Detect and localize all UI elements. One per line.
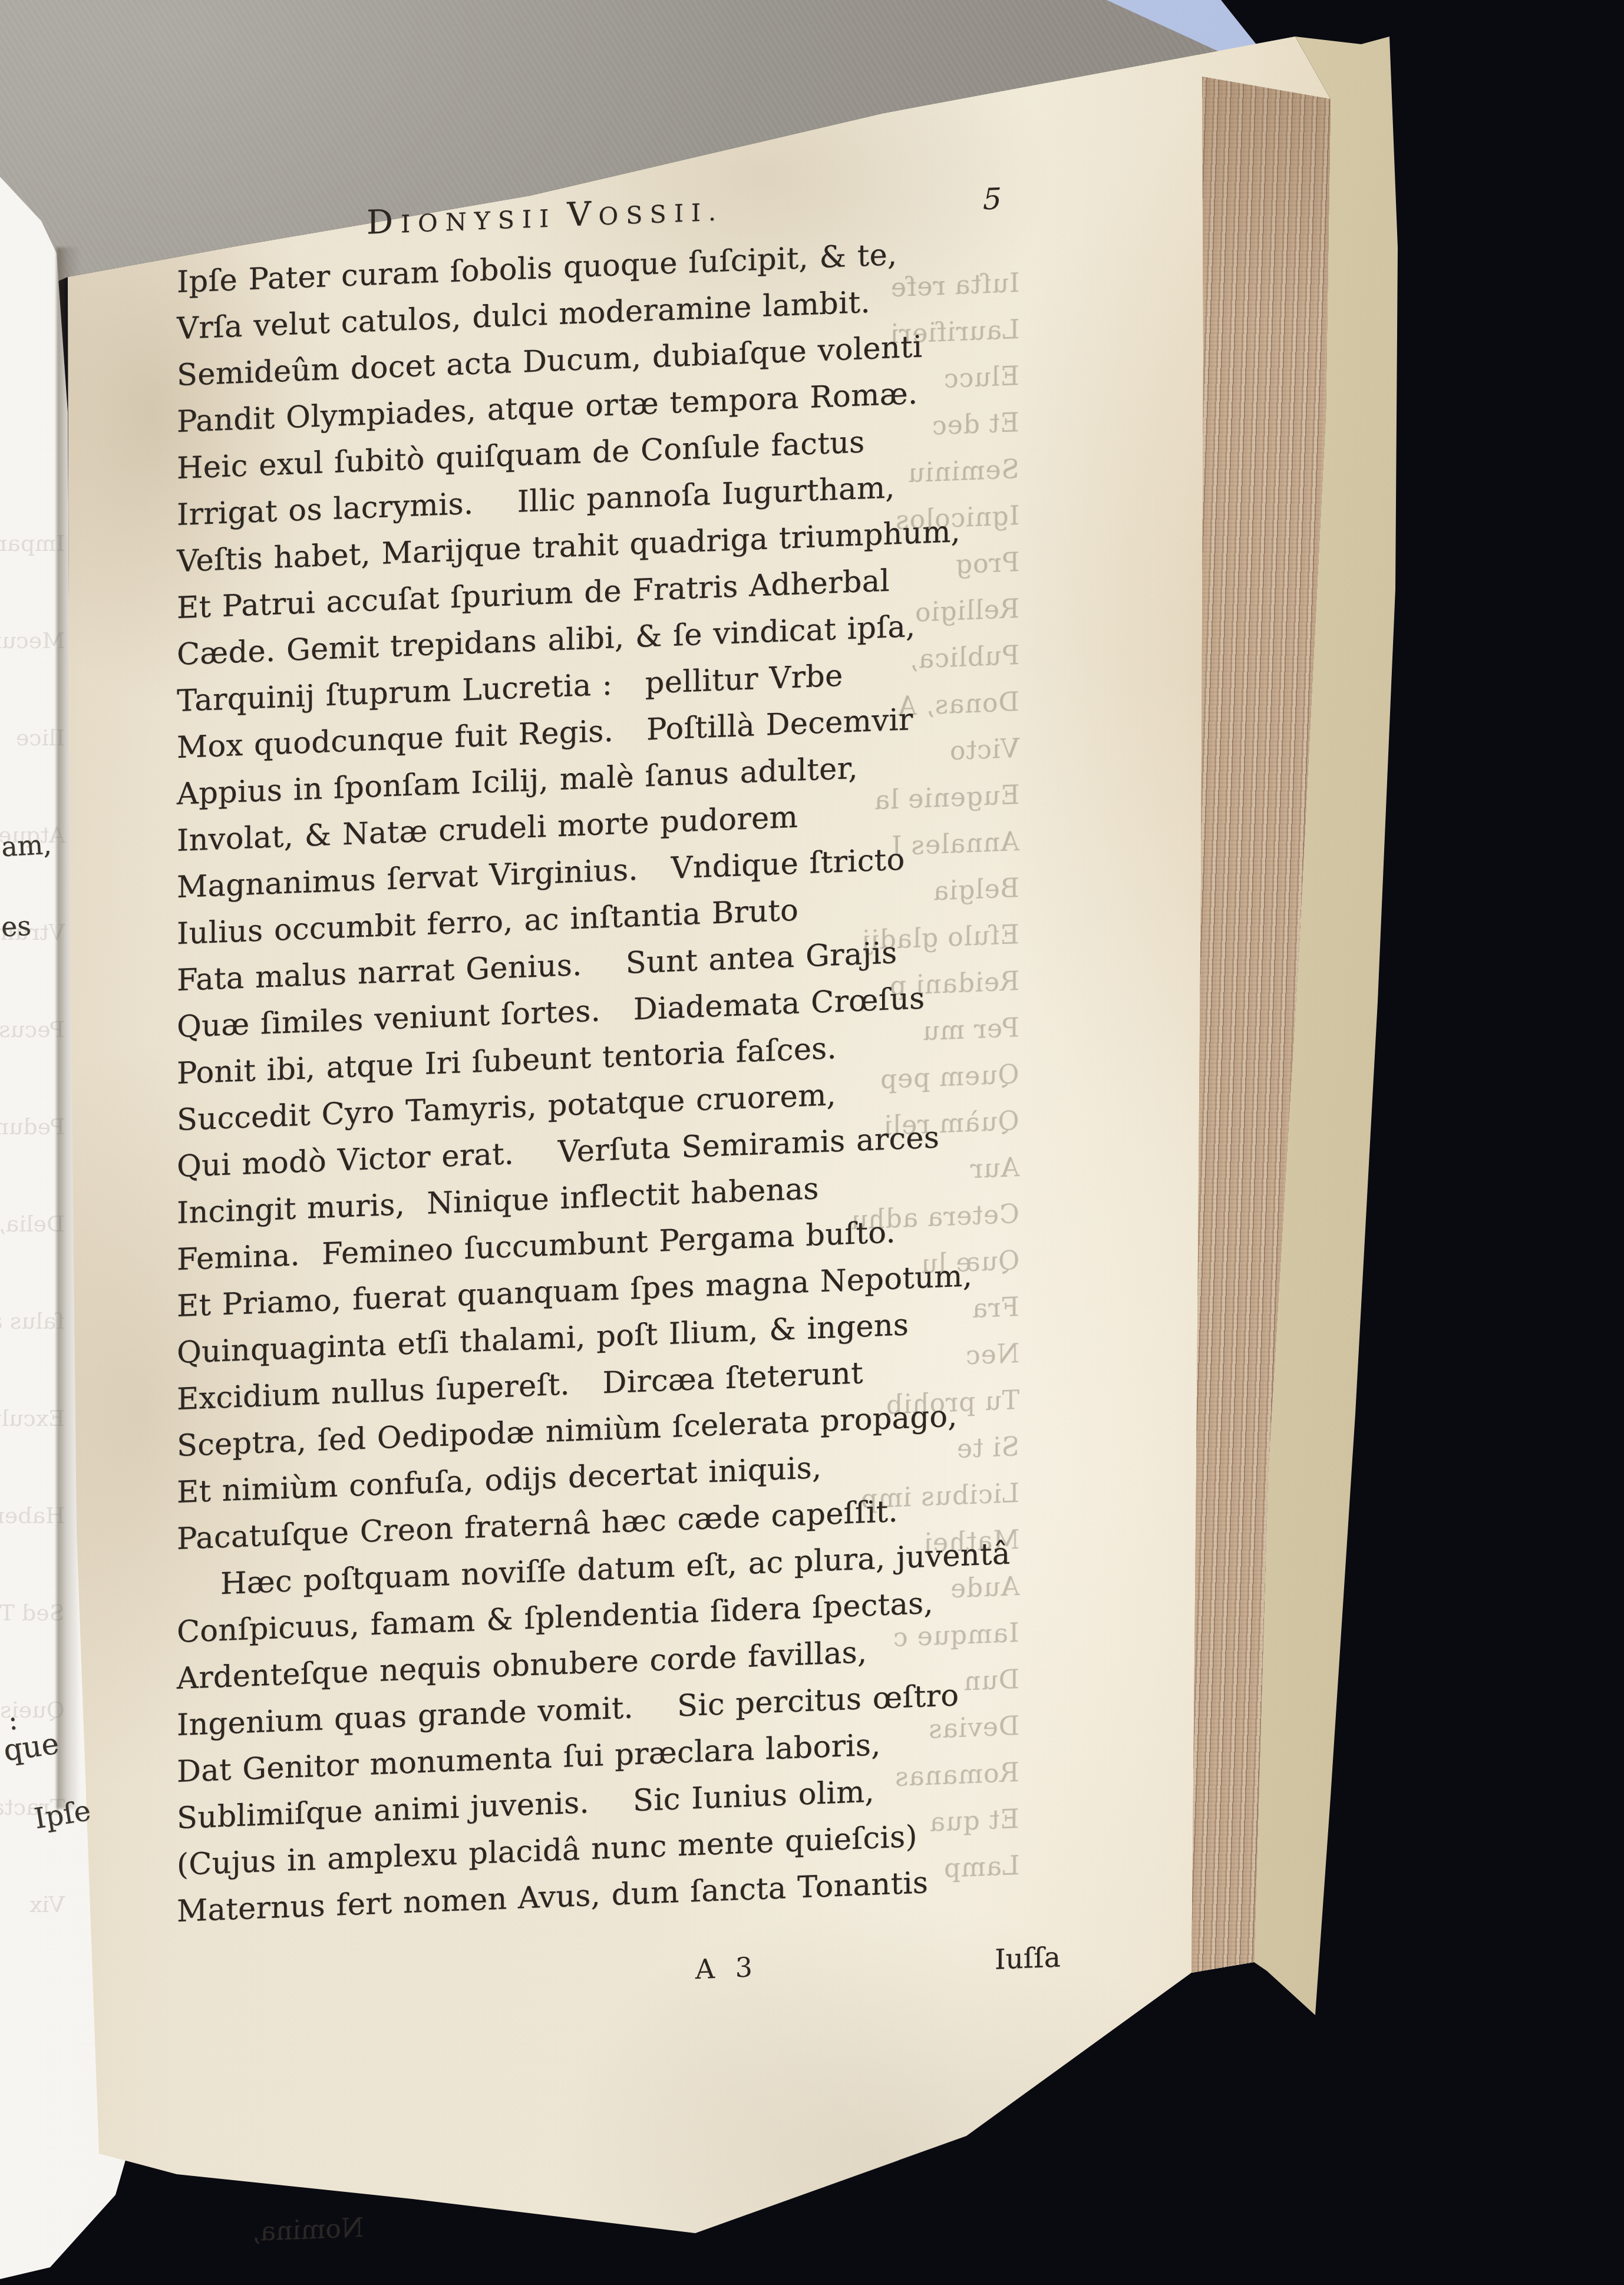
facing-page-show-through: Tracta — [0, 1794, 65, 1820]
facing-page-show-through: Vix — [29, 1891, 65, 1917]
page-number: 5 — [983, 181, 1002, 216]
facing-page-show-through: Mecum — [0, 628, 65, 653]
facing-page-show-through: Atque — [0, 822, 65, 848]
header-initial: D — [367, 202, 401, 242]
facing-page-show-through: Sed Th — [0, 1600, 65, 1626]
facing-page-show-through: Pecus — [0, 1016, 65, 1042]
printed-text-block: DIONYSIIVOSSII. 5 Ipſe Pater curam ſobol… — [177, 232, 1035, 2033]
facing-page-show-through: Delia, n — [0, 1211, 65, 1237]
show-through-text: Nomina, — [252, 2213, 364, 2247]
facing-page-show-through: Habent — [0, 1503, 65, 1528]
signature-mark: A 3 — [695, 1951, 758, 1985]
header-initial: V — [567, 195, 598, 235]
facing-page-show-through: Vtrum — [0, 919, 65, 945]
header-caps: OSSII. — [599, 197, 724, 230]
header-caps: IONYSII — [401, 204, 556, 238]
catchword: Iuſſa — [995, 1941, 1061, 1976]
facing-page-show-through: ſalus a — [0, 1308, 65, 1334]
facing-page-show-through: Exculta — [0, 1405, 65, 1431]
facing-page-show-through: Impar — [0, 530, 65, 556]
photo-of-open-book: Iuſta refeLaurifieriEluccEt decSeminiuIg… — [0, 0, 1624, 2285]
facing-page-show-through: Pedum — [0, 1114, 65, 1140]
facing-page-show-through: Queis — [0, 1697, 65, 1723]
facing-page-show-through: Ilice — [16, 725, 65, 751]
